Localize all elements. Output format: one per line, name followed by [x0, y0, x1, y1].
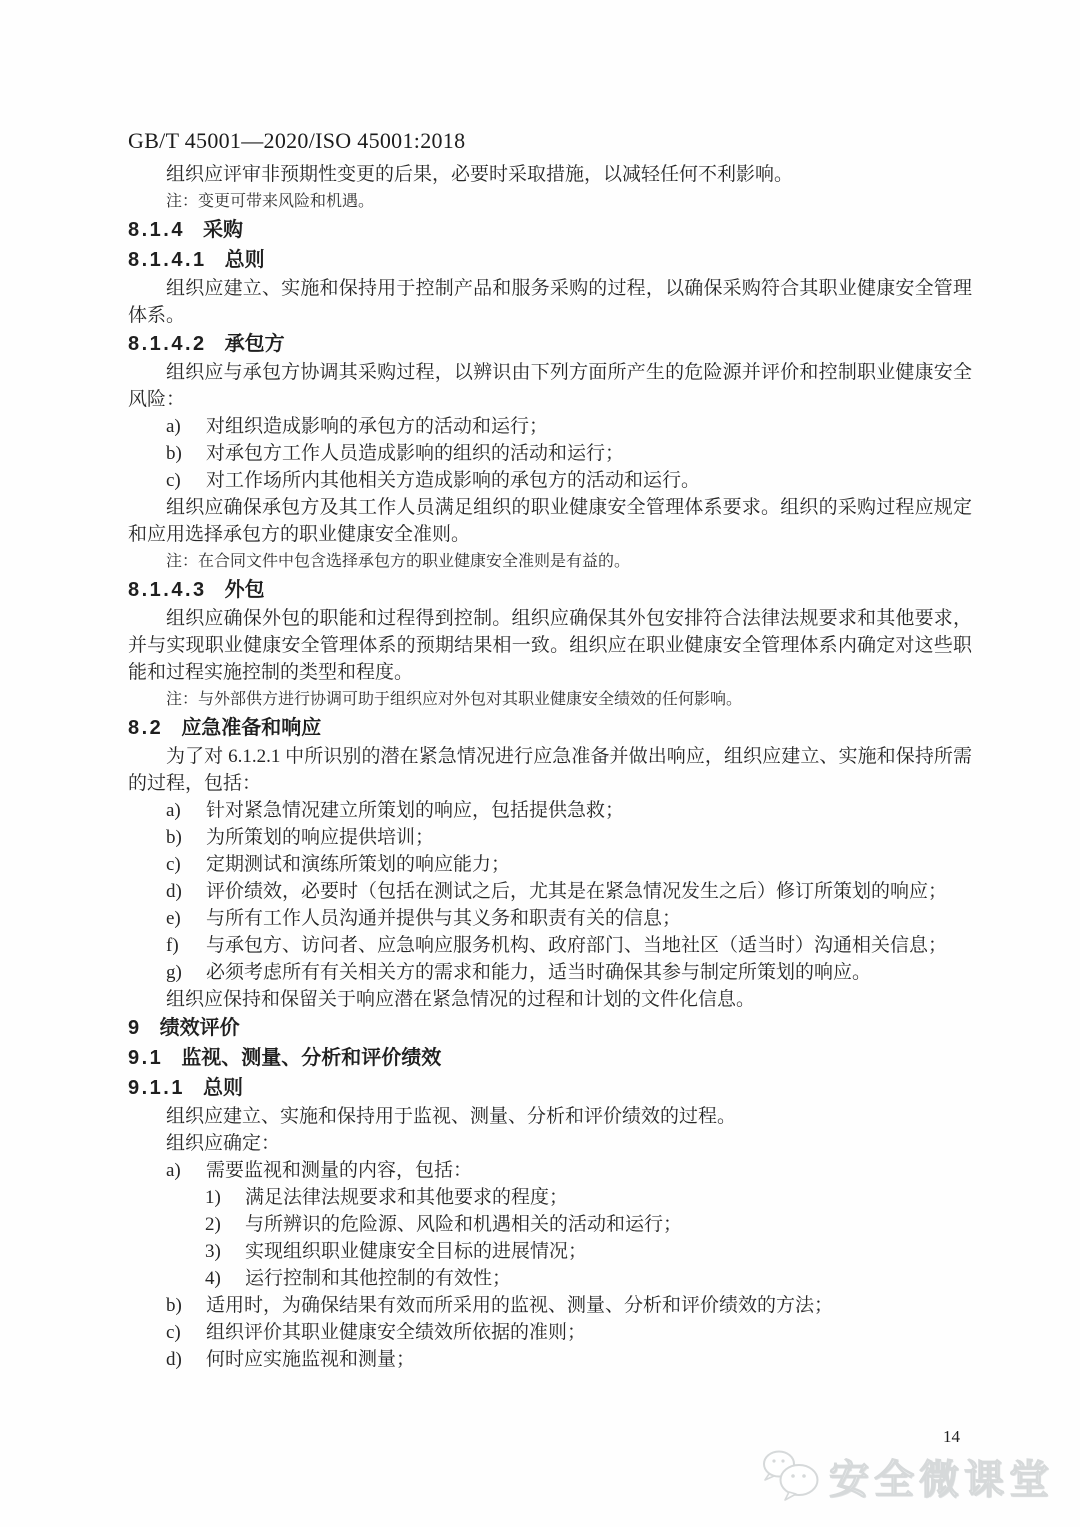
section-heading-9.1.1: 9.1.1总则 [128, 1073, 972, 1103]
list-item-label: c) [166, 851, 206, 878]
paragraph: 组织应确保外包的职能和过程得到控制。组织应确保其外包安排符合法律法规要求和其他要… [128, 605, 972, 686]
list-item-label: 3) [205, 1238, 245, 1265]
list-item-label: a) [166, 413, 206, 440]
list-item: e)与所有工作人员沟通并提供与其义务和职责有关的信息； [128, 905, 972, 932]
list-item-text: 与承包方、访问者、应急响应服务机构、政府部门、当地社区（适当时）沟通相关信息； [206, 932, 972, 959]
list-item-text: 适用时，为确保结果有效而所采用的监视、测量、分析和评价绩效的方法； [206, 1292, 972, 1319]
section-title: 监视、测量、分析和评价绩效 [181, 1047, 441, 1069]
section-title: 外包 [225, 579, 265, 601]
section-heading-8.1.4: 8.1.4采购 [128, 215, 972, 245]
chat-bubbles-icon [759, 1447, 823, 1505]
list-item-label: b) [166, 1292, 206, 1319]
section-number: 8.1.4.3 [128, 579, 207, 601]
list-item-label: c) [166, 467, 206, 494]
list-item: a)针对紧急情况建立所策划的响应，包括提供急救； [128, 797, 972, 824]
list-item: c)定期测试和演练所策划的响应能力； [128, 851, 972, 878]
section-title: 总则 [203, 1077, 243, 1099]
paragraph: 组织应建立、实施和保持用于控制产品和服务采购的过程，以确保采购符合其职业健康安全… [128, 275, 972, 329]
paragraph: 组织应建立、实施和保持用于监视、测量、分析和评价绩效的过程。 [128, 1103, 972, 1130]
section-title: 采购 [203, 219, 243, 241]
list-item-text: 与所辨识的危险源、风险和机遇相关的活动和运行； [245, 1211, 972, 1238]
document-body: 组织应评审非预期性变更的后果，必要时采取措施，以减轻任何不利影响。注：变更可带来… [128, 161, 972, 1373]
sub-list-item: 1)满足法律法规要求和其他要求的程度； [128, 1184, 972, 1211]
list-item-label: a) [166, 797, 206, 824]
section-title: 总则 [225, 249, 265, 271]
list-item-label: d) [166, 1346, 206, 1373]
list-item: c)组织评价其职业健康安全绩效所依据的准则； [128, 1319, 972, 1346]
section-number: 8.1.4.2 [128, 333, 207, 355]
section-number: 9 [128, 1017, 142, 1039]
document-page: GB/T 45001—2020/ISO 45001:2018 组织应评审非预期性… [0, 0, 1080, 1527]
page-number: 14 [943, 1427, 960, 1447]
list-item-label: b) [166, 440, 206, 467]
list-item: f)与承包方、访问者、应急响应服务机构、政府部门、当地社区（适当时）沟通相关信息… [128, 932, 972, 959]
list-item-label: b) [166, 824, 206, 851]
standard-number-header: GB/T 45001—2020/ISO 45001:2018 [128, 128, 465, 154]
section-title: 应急准备和响应 [181, 717, 321, 739]
list-item-text: 为所策划的响应提供培训； [206, 824, 972, 851]
list-item-text: 运行控制和其他控制的有效性； [245, 1265, 972, 1292]
list-item-text: 满足法律法规要求和其他要求的程度； [245, 1184, 972, 1211]
section-number: 8.1.4 [128, 219, 185, 241]
note: 注：在合同文件中包含选择承包方的职业健康安全准则是有益的。 [128, 548, 972, 575]
watermark: 安全微课堂 [759, 1447, 1054, 1505]
list-item-text: 组织评价其职业健康安全绩效所依据的准则； [206, 1319, 972, 1346]
sub-list-item: 2)与所辨识的危险源、风险和机遇相关的活动和运行； [128, 1211, 972, 1238]
list-item-text: 对组织造成影响的承包方的活动和运行； [206, 413, 972, 440]
list-item: a)对组织造成影响的承包方的活动和运行； [128, 413, 972, 440]
section-title: 绩效评价 [160, 1017, 240, 1039]
section-heading-8.1.4.2: 8.1.4.2承包方 [128, 329, 972, 359]
list-item: a)需要监视和测量的内容，包括： [128, 1157, 972, 1184]
list-item-label: 1) [205, 1184, 245, 1211]
list-item-label: 2) [205, 1211, 245, 1238]
list-item-label: e) [166, 905, 206, 932]
list-item: d)评价绩效，必要时（包括在测试之后，尤其是在紧急情况发生之后）修订所策划的响应… [128, 878, 972, 905]
list-item-text: 何时应实施监视和测量； [206, 1346, 972, 1373]
section-number: 9.1 [128, 1047, 163, 1069]
list-item: c)对工作场所内其他相关方造成影响的承包方的活动和运行。 [128, 467, 972, 494]
sub-list-item: 4)运行控制和其他控制的有效性； [128, 1265, 972, 1292]
list-item-label: f) [166, 932, 206, 959]
list-item-text: 评价绩效，必要时（包括在测试之后，尤其是在紧急情况发生之后）修订所策划的响应； [206, 878, 972, 905]
list-item-label: c) [166, 1319, 206, 1346]
paragraph: 组织应保持和保留关于响应潜在紧急情况的过程和计划的文件化信息。 [128, 986, 972, 1013]
paragraph: 组织应确定： [128, 1130, 972, 1157]
list-item: g)必须考虑所有有关相关方的需求和能力，适当时确保其参与制定所策划的响应。 [128, 959, 972, 986]
list-item-text: 针对紧急情况建立所策划的响应，包括提供急救； [206, 797, 972, 824]
list-item: b)对承包方工作人员造成影响的组织的活动和运行； [128, 440, 972, 467]
section-heading-9.1: 9.1监视、测量、分析和评价绩效 [128, 1043, 972, 1073]
list-item: b)为所策划的响应提供培训； [128, 824, 972, 851]
section-heading-8.1.4.1: 8.1.4.1总则 [128, 245, 972, 275]
list-item: d)何时应实施监视和测量； [128, 1346, 972, 1373]
list-item-text: 对工作场所内其他相关方造成影响的承包方的活动和运行。 [206, 467, 972, 494]
section-number: 8.1.4.1 [128, 249, 207, 271]
paragraph: 组织应与承包方协调其采购过程，以辨识由下列方面所产生的危险源并评价和控制职业健康… [128, 359, 972, 413]
section-heading-8.1.4.3: 8.1.4.3外包 [128, 575, 972, 605]
list-item-text: 必须考虑所有有关相关方的需求和能力，适当时确保其参与制定所策划的响应。 [206, 959, 972, 986]
list-item-text: 实现组织职业健康安全目标的进展情况； [245, 1238, 972, 1265]
paragraph: 组织应评审非预期性变更的后果，必要时采取措施，以减轻任何不利影响。 [128, 161, 972, 188]
section-heading-8.2: 8.2应急准备和响应 [128, 713, 972, 743]
paragraph: 组织应确保承包方及其工作人员满足组织的职业健康安全管理体系要求。组织的采购过程应… [128, 494, 972, 548]
list-item-label: a) [166, 1157, 206, 1184]
section-heading-9: 9绩效评价 [128, 1013, 972, 1043]
paragraph: 为了对 6.1.2.1 中所识别的潜在紧急情况进行应急准备并做出响应，组织应建立… [128, 743, 972, 797]
section-title: 承包方 [225, 333, 285, 355]
list-item-label: d) [166, 878, 206, 905]
list-item-text: 需要监视和测量的内容，包括： [206, 1157, 972, 1184]
watermark-text: 安全微课堂 [829, 1448, 1054, 1505]
list-item-text: 与所有工作人员沟通并提供与其义务和职责有关的信息； [206, 905, 972, 932]
list-item: b)适用时，为确保结果有效而所采用的监视、测量、分析和评价绩效的方法； [128, 1292, 972, 1319]
list-item-label: 4) [205, 1265, 245, 1292]
sub-list-item: 3)实现组织职业健康安全目标的进展情况； [128, 1238, 972, 1265]
list-item-text: 对承包方工作人员造成影响的组织的活动和运行； [206, 440, 972, 467]
note: 注：变更可带来风险和机遇。 [128, 188, 972, 215]
section-number: 9.1.1 [128, 1077, 185, 1099]
list-item-text: 定期测试和演练所策划的响应能力； [206, 851, 972, 878]
list-item-label: g) [166, 959, 206, 986]
section-number: 8.2 [128, 717, 163, 739]
note: 注：与外部供方进行协调可助于组织应对外包对其职业健康安全绩效的任何影响。 [128, 686, 972, 713]
